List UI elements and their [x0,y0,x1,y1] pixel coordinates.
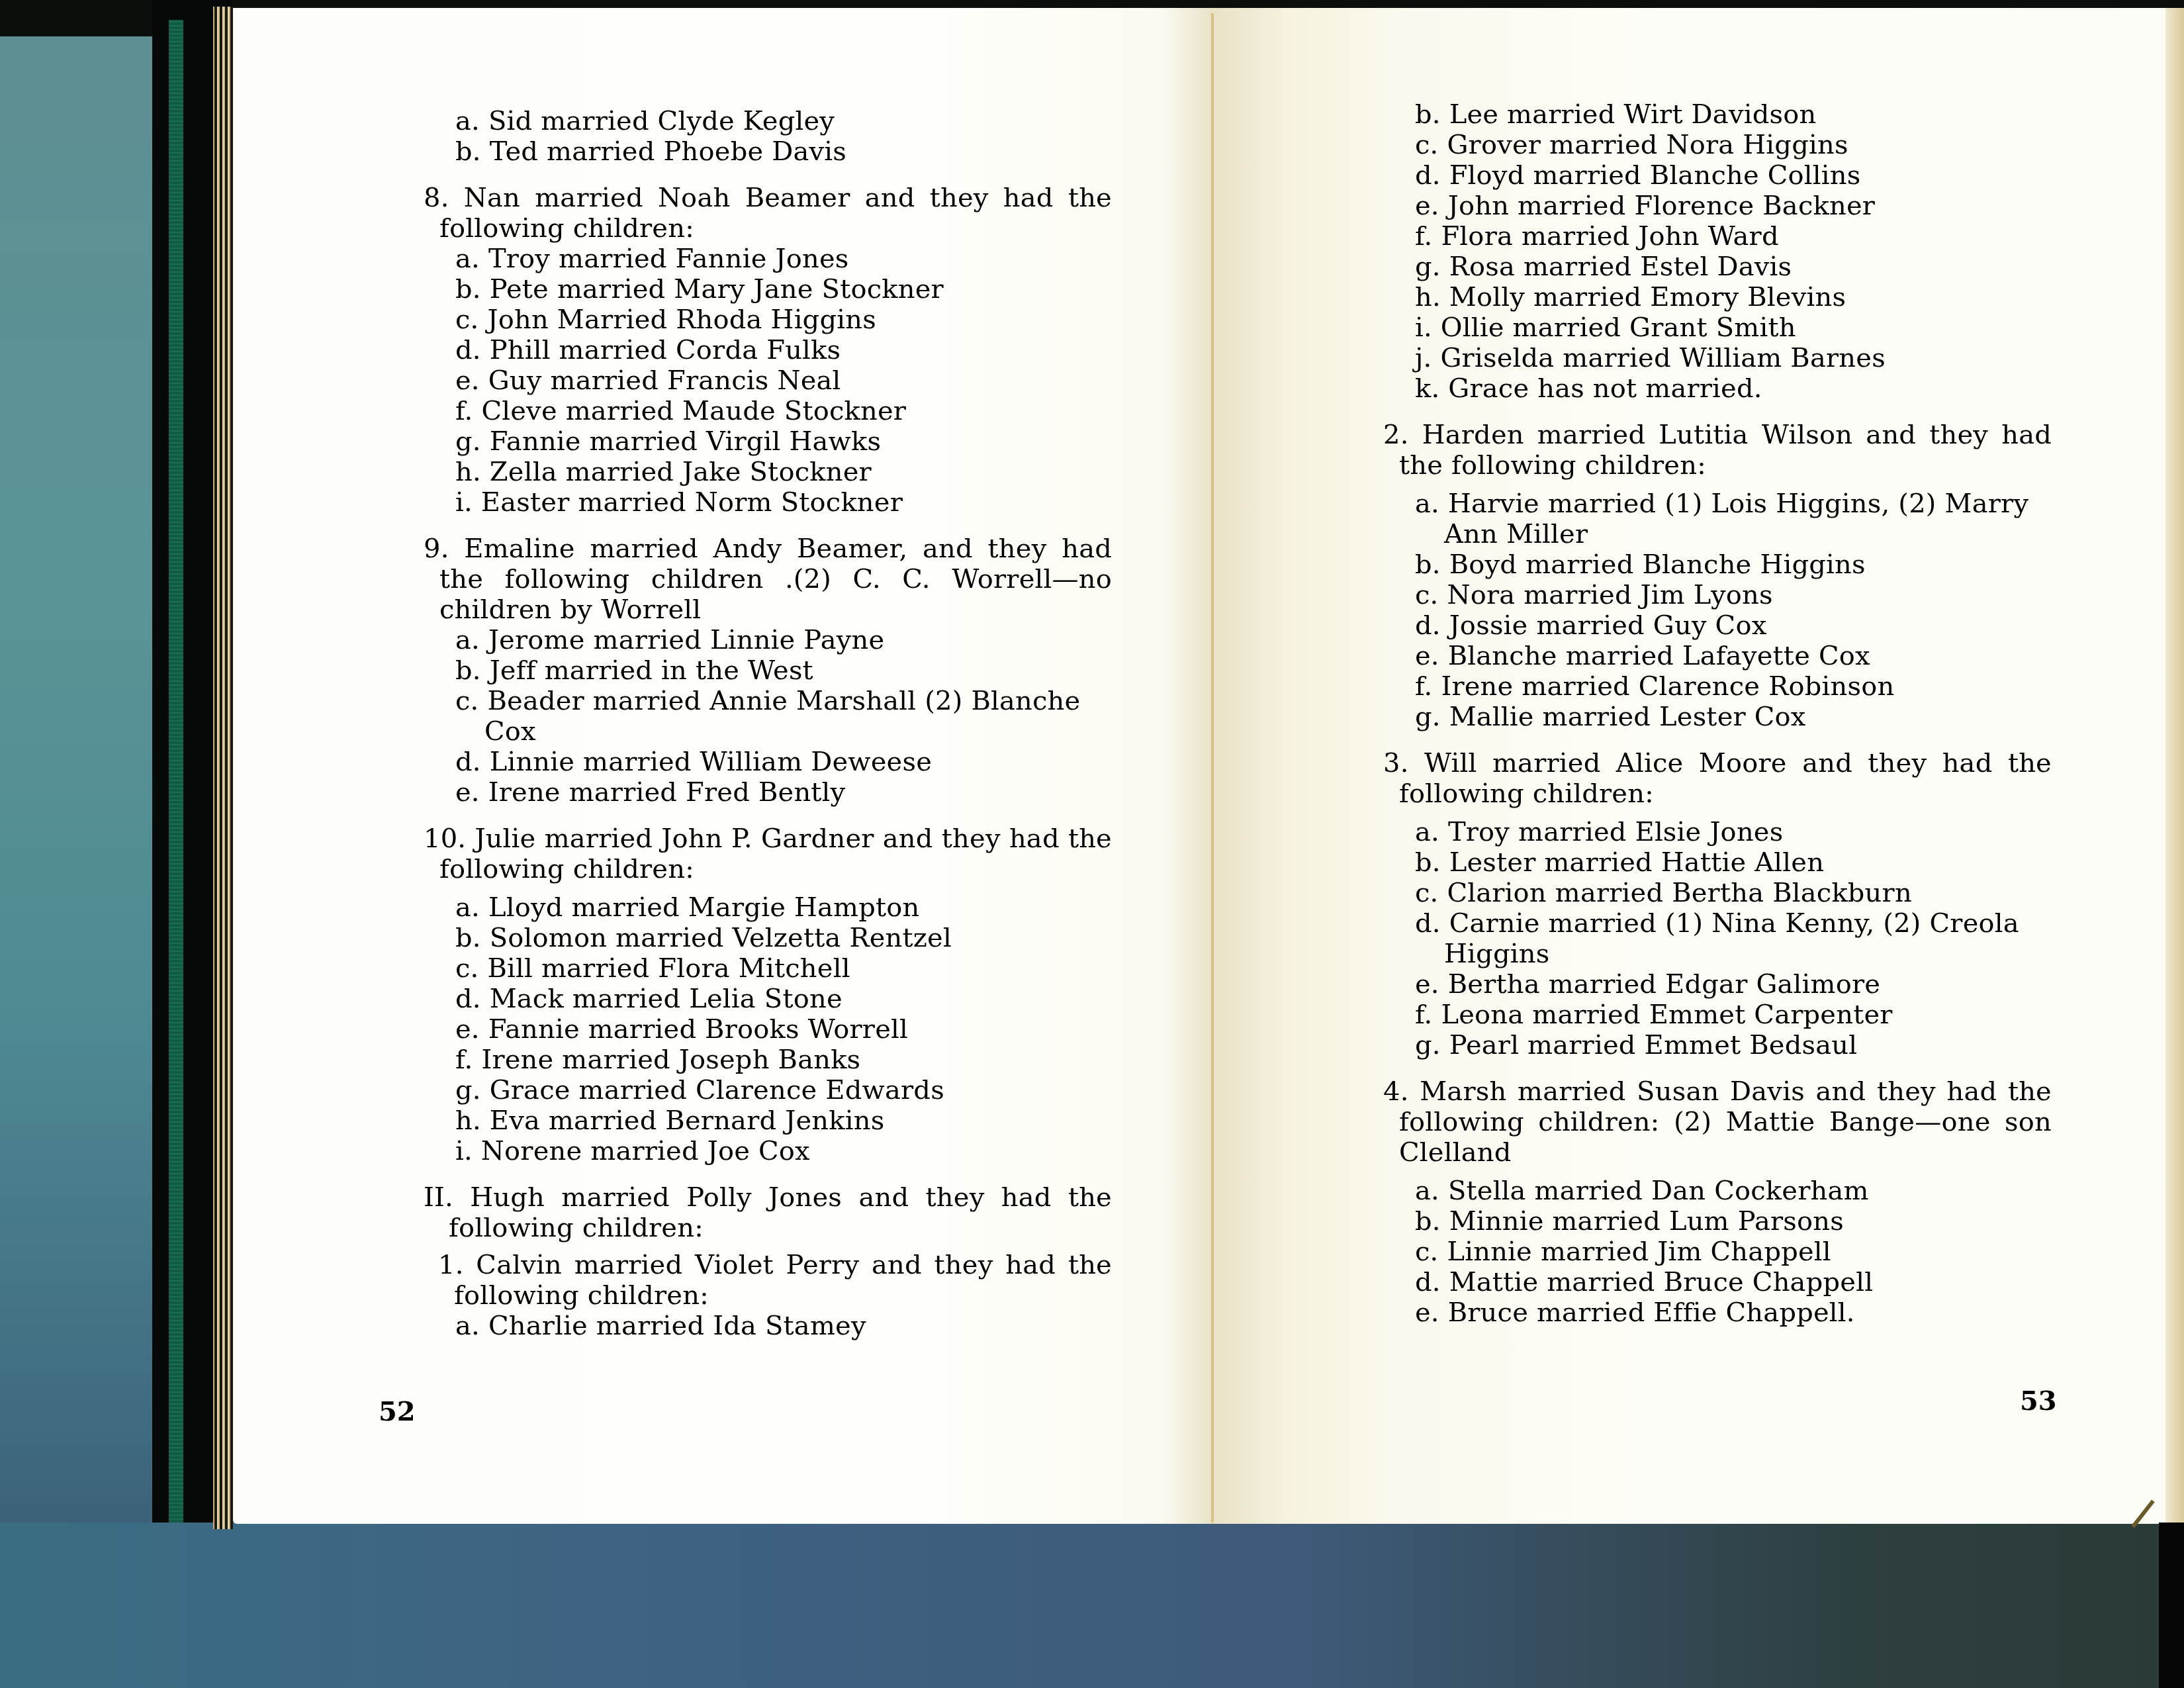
list-item: b. Boyd married Blanche Higgins [1383,549,2052,580]
list-item: c. Clarion married Bertha Blackburn [1383,878,2052,908]
list-item: h. Molly married Emory Blevins [1383,282,2052,312]
table-surface [0,1523,2184,1688]
list-item: a. Sid married Clyde Kegley [424,106,1112,136]
children-list: a. Troy married Elsie Jones b. Lester ma… [1383,817,2052,1060]
list-item: d. Linnie married William Deweese [424,747,1112,777]
list-item: a. Troy married Fannie Jones [424,244,1112,274]
children-list: a. Harvie married (1) Lois Higgins, (2) … [1383,489,2052,732]
book-gutter [1211,13,1214,1523]
list-item: h. Eva married Bernard Jenkins [424,1105,1112,1136]
list-item: f. Flora married John Ward [1383,221,2052,252]
list-item: b. Lee married Wirt Davidson [1383,99,2052,130]
family-entry-heading: 10. Julie married John P. Gardner and th… [424,823,1112,884]
list-item: c. Linnie married Jim Chappell [1383,1237,2052,1267]
list-item: b. Jeff married in the West [424,655,1112,686]
list-item: g. Fannie married Virgil Hawks [424,426,1112,457]
page-number-right: 53 [2020,1386,2057,1417]
list-item: b. Solomon married Velzetta Rentzel [424,923,1112,953]
list-item: h. Zella married Jake Stockner [424,457,1112,487]
list-item: f. Irene married Joseph Banks [424,1045,1112,1075]
list-item: b. Minnie married Lum Parsons [1383,1206,2052,1237]
list-item: g. Grace married Clarence Edwards [424,1075,1112,1105]
family-entry-heading: 8. Nan married Noah Beamer and they had … [424,183,1112,244]
list-item: c. John Married Rhoda Higgins [424,305,1112,335]
list-item: a. Stella married Dan Cockerham [1383,1176,2052,1206]
list-item: d. Mack married Lelia Stone [424,984,1112,1014]
list-item: d. Floyd married Blanche Collins [1383,160,2052,191]
list-item: g. Mallie married Lester Cox [1383,702,2052,732]
list-item: d. Phill married Corda Fulks [424,335,1112,365]
list-item: k. Grace has not married. [1383,373,2052,404]
list-item: i. Ollie married Grant Smith [1383,312,2052,343]
children-list: a. Stella married Dan Cockerham b. Minni… [1383,1176,2052,1328]
children-list: a. Charlie married Ida Stamey [424,1311,1112,1341]
children-list: a. Troy married Fannie Jones b. Pete mar… [424,244,1112,518]
list-item: d. Mattie married Bruce Chappell [1383,1267,2052,1297]
family-entry-heading: 9. Emaline married Andy Beamer, and they… [424,534,1112,625]
list-item: c. Bill married Flora Mitchell [424,953,1112,984]
left-page-text: a. Sid married Clyde Kegley b. Ted marri… [424,106,1112,1341]
list-item: a. Charlie married Ida Stamey [424,1311,1112,1341]
page-edges [213,7,233,1529]
sub-list: a. Sid married Clyde Kegley b. Ted marri… [424,106,1112,167]
list-item: f. Irene married Clarence Robinson [1383,671,2052,702]
list-item: a. Troy married Elsie Jones [1383,817,2052,847]
family-entry-heading: 3. Will married Alice Moore and they had… [1383,748,2052,809]
children-list: a. Jerome married Linnie Payne b. Jeff m… [424,625,1112,808]
list-item: c. Nora married Jim Lyons [1383,580,2052,610]
list-item: d. Jossie married Guy Cox [1383,610,2052,641]
list-item: e. Fannie married Brooks Worrell [424,1014,1112,1045]
right-page-text: b. Lee married Wirt Davidson c. Grover m… [1383,99,2052,1328]
children-list: a. Lloyd married Margie Hampton b. Solom… [424,892,1112,1166]
list-item: e. Blanche married Lafayette Cox [1383,641,2052,671]
right-page-edge [2165,8,2184,1524]
list-item: e. Guy married Francis Neal [424,365,1112,396]
list-item: e. Bruce married Effie Chappell. [1383,1297,2052,1328]
list-item: e. Bertha married Edgar Galimore [1383,969,2052,1000]
list-item: c. Grover married Nora Higgins [1383,130,2052,160]
list-item: i. Norene married Joe Cox [424,1136,1112,1166]
family-entry-heading: 4. Marsh married Susan Davis and they ha… [1383,1076,2052,1168]
list-item: j. Griselda married William Barnes [1383,343,2052,373]
list-item: a. Lloyd married Margie Hampton [424,892,1112,923]
list-item: f. Cleve married Maude Stockner [424,396,1112,426]
list-item: b. Ted married Phoebe Davis [424,136,1112,167]
list-item: c. Beader married Annie Marshall (2) Bla… [424,686,1112,747]
list-item: d. Carnie married (1) Nina Kenny, (2) Cr… [1383,908,2052,969]
family-entry-heading: 2. Harden married Lutitia Wilson and the… [1383,420,2052,481]
list-item: e. Irene married Fred Bently [424,777,1112,808]
list-item: b. Pete married Mary Jane Stockner [424,274,1112,305]
list-item: a. Harvie married (1) Lois Higgins, (2) … [1383,489,2052,549]
list-item: i. Easter married Norm Stockner [424,487,1112,518]
list-item: b. Lester married Hattie Allen [1383,847,2052,878]
list-item: a. Jerome married Linnie Payne [424,625,1112,655]
right-cover-edge [2159,1523,2184,1688]
list-item: g. Rosa married Estel Davis [1383,252,2052,282]
page-number-left: 52 [379,1397,416,1427]
book-cover-cloth [169,20,183,1523]
list-item: e. John married Florence Backner [1383,191,2052,221]
family-entry-heading: 1. Calvin married Violet Perry and they … [424,1250,1112,1311]
generation-heading: II. Hugh married Polly Jones and they ha… [424,1182,1112,1243]
list-item: f. Leona married Emmet Carpenter [1383,1000,2052,1030]
children-list: b. Lee married Wirt Davidson c. Grover m… [1383,99,2052,404]
list-item: g. Pearl married Emmet Bedsaul [1383,1030,2052,1060]
